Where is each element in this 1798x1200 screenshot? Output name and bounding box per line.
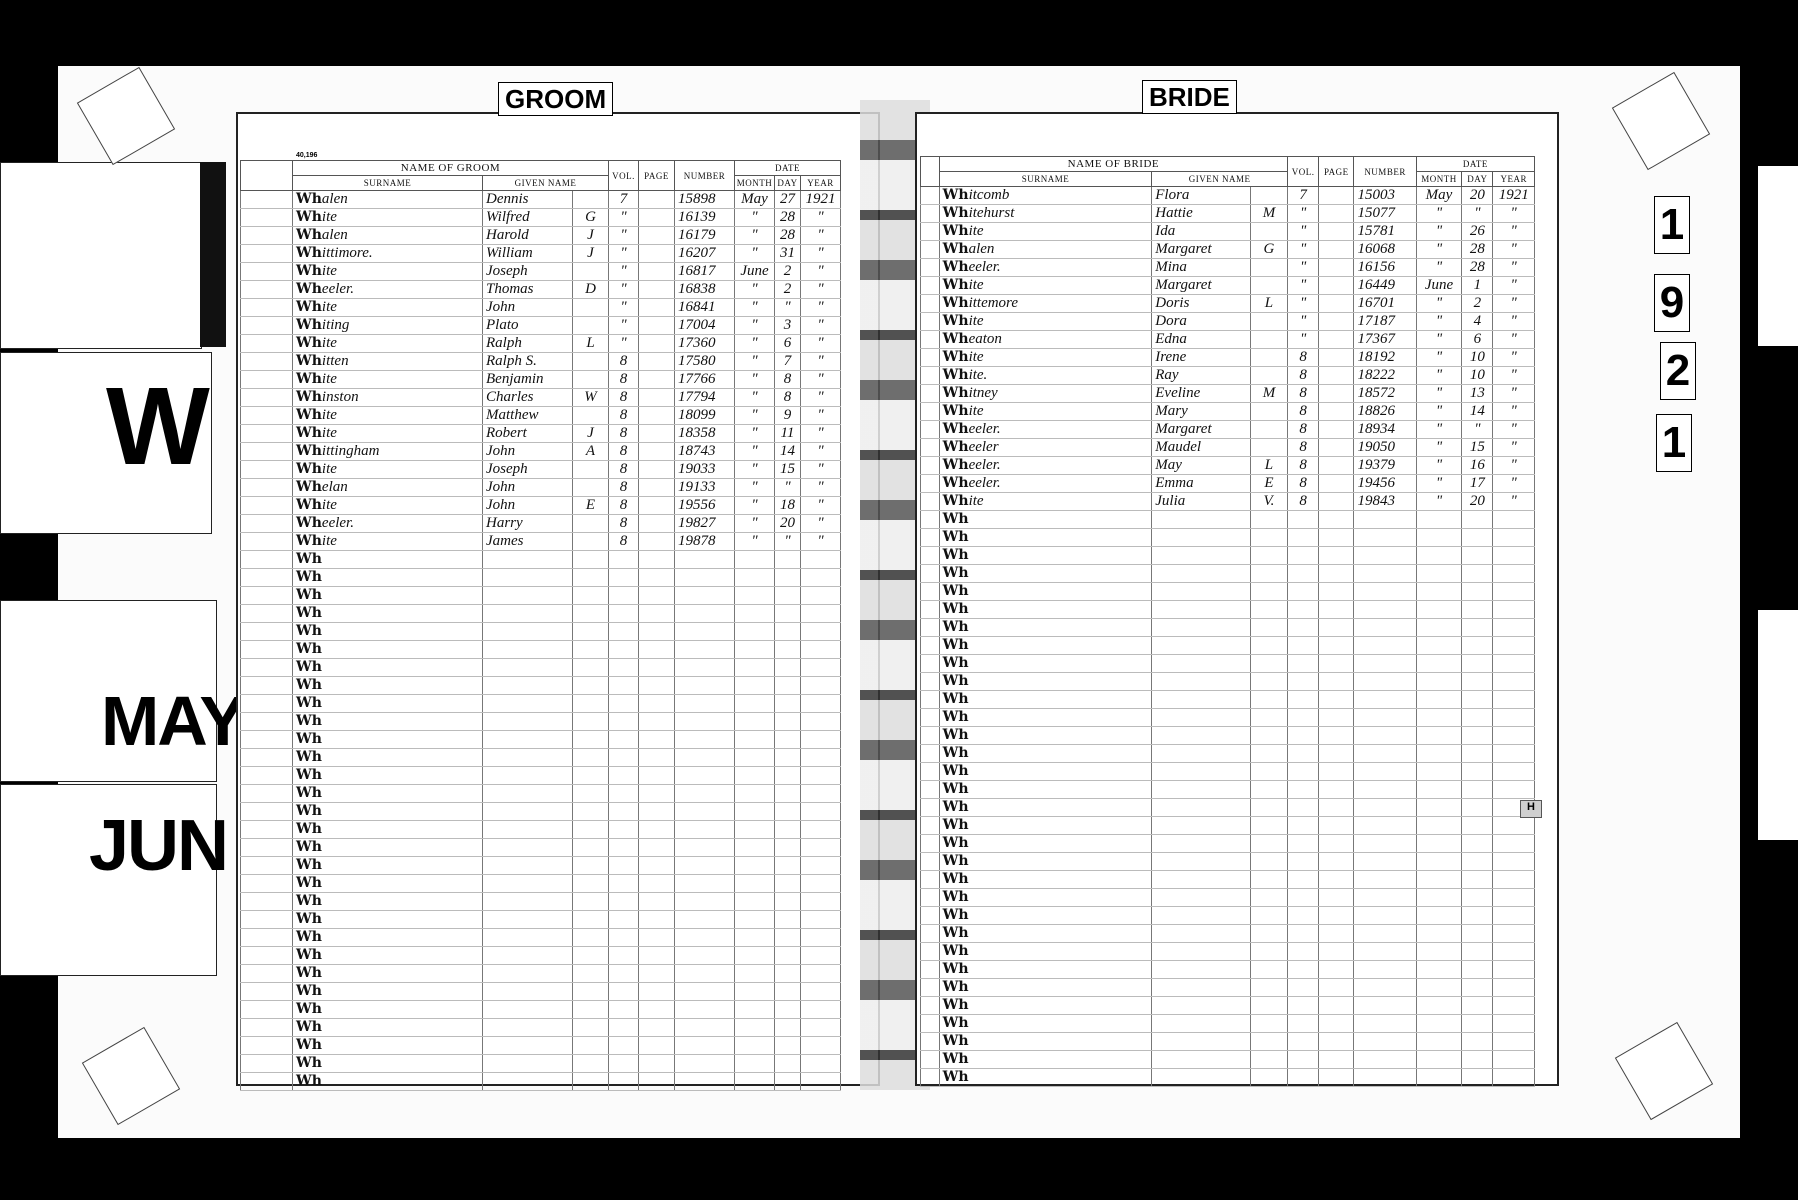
vol-cell: 8 bbox=[609, 461, 639, 479]
page-cell bbox=[639, 695, 675, 713]
year-cell bbox=[1493, 529, 1535, 547]
given-name-cell: William bbox=[483, 245, 573, 263]
year-cell bbox=[801, 875, 841, 893]
given-name-cell bbox=[1152, 781, 1251, 799]
month-cell bbox=[1416, 781, 1462, 799]
surname-cell: Wh bbox=[293, 731, 483, 749]
index-letter-tab[interactable]: W bbox=[0, 352, 212, 534]
vol-cell bbox=[609, 623, 639, 641]
given-name-cell bbox=[483, 785, 573, 803]
vol-cell bbox=[609, 587, 639, 605]
year-digit-4: 1 bbox=[1656, 414, 1692, 472]
table-row: WhiteJohn"16841""" bbox=[241, 299, 841, 317]
month-cell bbox=[1416, 889, 1462, 907]
month-cell bbox=[735, 605, 775, 623]
initial-cell bbox=[573, 695, 609, 713]
margin-cell bbox=[921, 295, 940, 313]
given-name-cell bbox=[483, 929, 573, 947]
number-cell bbox=[675, 659, 735, 677]
surname-cell: Wh bbox=[293, 947, 483, 965]
margin-cell bbox=[241, 1073, 293, 1091]
day-cell bbox=[775, 1055, 801, 1073]
initial-cell bbox=[573, 191, 609, 209]
number-cell bbox=[675, 551, 735, 569]
given-name-cell: Margaret bbox=[1152, 421, 1251, 439]
surname-cell: Wh bbox=[939, 511, 1152, 529]
month-cell bbox=[1416, 1015, 1462, 1033]
surname-suffix: ite bbox=[322, 335, 337, 351]
month-cell bbox=[735, 713, 775, 731]
day-cell bbox=[1462, 961, 1493, 979]
surname-cell: Wh bbox=[939, 655, 1152, 673]
day-cell: " bbox=[1462, 421, 1493, 439]
surname-suffix: itten bbox=[322, 353, 349, 369]
surname-suffix: alen bbox=[969, 241, 995, 257]
month-cell bbox=[1416, 853, 1462, 871]
month-cell bbox=[1416, 583, 1462, 601]
table-row-blank: Wh bbox=[921, 799, 1535, 817]
month-cell: June bbox=[735, 263, 775, 281]
surname-prefix: Wh bbox=[943, 601, 969, 617]
table-row: WhalenHaroldJ"16179"28" bbox=[241, 227, 841, 245]
margin-cell bbox=[241, 281, 293, 299]
initial-cell bbox=[1250, 943, 1287, 961]
initial-cell bbox=[1250, 313, 1287, 331]
vol-cell bbox=[1288, 583, 1319, 601]
surname-suffix: ite bbox=[322, 263, 337, 279]
initial-cell: V. bbox=[1250, 493, 1287, 511]
given-name-cell: Wilfred bbox=[483, 209, 573, 227]
day-cell bbox=[775, 875, 801, 893]
page-cell bbox=[639, 803, 675, 821]
year-cell bbox=[1493, 637, 1535, 655]
page-cell bbox=[639, 479, 675, 497]
surname-cell: Wh bbox=[939, 817, 1152, 835]
table-row-blank: Wh bbox=[921, 835, 1535, 853]
surname-cell: Wheeler. bbox=[293, 281, 483, 299]
day-cell bbox=[775, 803, 801, 821]
day-cell: " bbox=[775, 299, 801, 317]
initial-cell bbox=[1250, 223, 1287, 241]
day-cell: 16 bbox=[1462, 457, 1493, 475]
given-name-cell: Flora bbox=[1152, 187, 1251, 205]
day-cell bbox=[1462, 601, 1493, 619]
surname-cell: Wh bbox=[939, 907, 1152, 925]
page-cell bbox=[639, 335, 675, 353]
surname-cell: Whittemore bbox=[939, 295, 1152, 313]
surname-suffix: ite bbox=[322, 209, 337, 225]
surname-suffix: ite bbox=[969, 493, 984, 509]
initial-cell bbox=[1250, 853, 1287, 871]
surname-suffix: ite bbox=[322, 461, 337, 477]
table-row-blank: Wh bbox=[241, 1055, 841, 1073]
page-cell bbox=[1319, 889, 1354, 907]
given-name-cell bbox=[1152, 727, 1251, 745]
month-cell bbox=[1416, 601, 1462, 619]
month-cell bbox=[1416, 709, 1462, 727]
page-cell bbox=[1319, 421, 1354, 439]
margin-cell bbox=[921, 1069, 940, 1087]
year-cell: " bbox=[1493, 277, 1535, 295]
margin-cell bbox=[241, 1001, 293, 1019]
initial-cell: J bbox=[573, 245, 609, 263]
initial-cell bbox=[573, 875, 609, 893]
margin-cell bbox=[921, 439, 940, 457]
month-cell bbox=[735, 659, 775, 677]
month-tab-jun[interactable]: JUN bbox=[0, 784, 217, 976]
margin-cell bbox=[921, 241, 940, 259]
number-cell bbox=[1354, 943, 1416, 961]
day-cell bbox=[1462, 583, 1493, 601]
surname-prefix: Wh bbox=[943, 421, 969, 437]
number-cell: 19033 bbox=[675, 461, 735, 479]
day-cell bbox=[775, 587, 801, 605]
number-cell bbox=[1354, 871, 1416, 889]
surname-prefix: Wh bbox=[296, 533, 322, 549]
year-cell: " bbox=[801, 533, 841, 551]
vol-cell bbox=[609, 965, 639, 983]
vol-cell bbox=[1288, 673, 1319, 691]
month-cell: May bbox=[1416, 187, 1462, 205]
day-cell bbox=[1462, 565, 1493, 583]
number-cell: 18192 bbox=[1354, 349, 1416, 367]
vol-header: Vol. bbox=[609, 161, 639, 191]
year-cell bbox=[1493, 943, 1535, 961]
table-row-blank: Wh bbox=[241, 947, 841, 965]
year-cell: " bbox=[1493, 475, 1535, 493]
number-cell bbox=[675, 821, 735, 839]
table-row-blank: Wh bbox=[921, 691, 1535, 709]
given-name-cell bbox=[1152, 655, 1251, 673]
vol-cell bbox=[1288, 763, 1319, 781]
initial-cell bbox=[1250, 889, 1287, 907]
given-name-cell bbox=[483, 767, 573, 785]
table-row-blank: Wh bbox=[921, 1015, 1535, 1033]
day-cell bbox=[1462, 943, 1493, 961]
number-cell bbox=[1354, 763, 1416, 781]
day-cell: 1 bbox=[1462, 277, 1493, 295]
table-row-blank: Wh bbox=[241, 785, 841, 803]
margin-cell bbox=[241, 191, 293, 209]
day-cell bbox=[775, 605, 801, 623]
vol-cell bbox=[1288, 907, 1319, 925]
surname-prefix: Wh bbox=[296, 839, 322, 855]
page-cell bbox=[1319, 709, 1354, 727]
day-cell bbox=[1462, 925, 1493, 943]
page-cell bbox=[1319, 601, 1354, 619]
day-cell bbox=[775, 1001, 801, 1019]
vol-cell: " bbox=[609, 335, 639, 353]
year-cell: " bbox=[801, 335, 841, 353]
table-row-blank: Wh bbox=[921, 1069, 1535, 1087]
table-row-blank: Wh bbox=[241, 839, 841, 857]
given-name-cell: Harold bbox=[483, 227, 573, 245]
month-cell bbox=[735, 1037, 775, 1055]
initial-cell bbox=[573, 749, 609, 767]
surname-prefix: Wh bbox=[943, 385, 969, 401]
day-cell bbox=[775, 911, 801, 929]
given-name-cell bbox=[1152, 907, 1251, 925]
surname-cell: Wh bbox=[293, 659, 483, 677]
vol-cell bbox=[609, 605, 639, 623]
given-name-cell bbox=[1152, 835, 1251, 853]
number-cell: 17367 bbox=[1354, 331, 1416, 349]
month-tab-may[interactable]: MAY bbox=[0, 600, 217, 782]
initial-cell bbox=[1250, 961, 1287, 979]
page-cell bbox=[639, 749, 675, 767]
year-cell bbox=[801, 569, 841, 587]
year-cell bbox=[1493, 835, 1535, 853]
day-cell: 20 bbox=[1462, 187, 1493, 205]
page-cell bbox=[1319, 385, 1354, 403]
surname-prefix: Wh bbox=[943, 403, 969, 419]
surname-cell: White bbox=[939, 313, 1152, 331]
margin-cell bbox=[921, 781, 940, 799]
vol-cell: 8 bbox=[609, 479, 639, 497]
table-row-blank: Wh bbox=[921, 781, 1535, 799]
month-cell: " bbox=[735, 227, 775, 245]
initial-cell bbox=[1250, 1051, 1287, 1069]
margin-cell bbox=[921, 403, 940, 421]
page-cell bbox=[639, 263, 675, 281]
month-cell: " bbox=[735, 479, 775, 497]
surname-cell: Wh bbox=[939, 1015, 1152, 1033]
year-cell bbox=[1493, 1051, 1535, 1069]
surname-cell: Wh bbox=[293, 821, 483, 839]
number-cell: 17187 bbox=[1354, 313, 1416, 331]
surname-prefix: Wh bbox=[296, 227, 322, 243]
initial-cell bbox=[1250, 331, 1287, 349]
page-cell bbox=[639, 425, 675, 443]
day-cell: 17 bbox=[1462, 475, 1493, 493]
margin-cell bbox=[241, 965, 293, 983]
vol-cell bbox=[609, 695, 639, 713]
surname-cell: Wh bbox=[293, 911, 483, 929]
vol-cell bbox=[609, 1019, 639, 1037]
surname-prefix: Wh bbox=[943, 889, 969, 905]
initial-cell bbox=[573, 947, 609, 965]
day-cell: 28 bbox=[1462, 259, 1493, 277]
vol-cell bbox=[1288, 1033, 1319, 1051]
table-row: WhiteJoseph"16817June2" bbox=[241, 263, 841, 281]
surname-cell: Wh bbox=[939, 853, 1152, 871]
month-cell: " bbox=[1416, 421, 1462, 439]
year-digit-3: 2 bbox=[1660, 342, 1696, 400]
vol-cell: " bbox=[609, 299, 639, 317]
initial-cell: D bbox=[573, 281, 609, 299]
month-cell: " bbox=[1416, 331, 1462, 349]
initial-cell: A bbox=[573, 443, 609, 461]
given-name-header: Given Name bbox=[483, 176, 609, 191]
month-cell bbox=[1416, 691, 1462, 709]
table-row-blank: Wh bbox=[921, 817, 1535, 835]
initial-cell bbox=[573, 659, 609, 677]
page-cell bbox=[639, 1001, 675, 1019]
table-row: Wheeler.Harry819827"20" bbox=[241, 515, 841, 533]
initial-cell bbox=[573, 605, 609, 623]
vol-cell: 8 bbox=[1288, 403, 1319, 421]
surname-cell: White bbox=[939, 277, 1152, 295]
given-name-cell bbox=[1152, 961, 1251, 979]
surname-prefix: Wh bbox=[943, 367, 969, 383]
number-cell bbox=[1354, 853, 1416, 871]
page-cell bbox=[639, 533, 675, 551]
margin-cell bbox=[921, 943, 940, 961]
initial-cell bbox=[573, 929, 609, 947]
year-cell: " bbox=[801, 479, 841, 497]
right-edge-tab-2 bbox=[1758, 610, 1798, 840]
margin-cell bbox=[241, 443, 293, 461]
day-cell bbox=[1462, 781, 1493, 799]
year-cell bbox=[801, 1073, 841, 1091]
vol-cell: 8 bbox=[1288, 475, 1319, 493]
surname-cell: Wh bbox=[939, 709, 1152, 727]
margin-cell bbox=[241, 767, 293, 785]
page-cell bbox=[639, 605, 675, 623]
day-cell: " bbox=[1462, 205, 1493, 223]
day-cell: 7 bbox=[775, 353, 801, 371]
year-cell bbox=[801, 731, 841, 749]
margin-cell bbox=[241, 209, 293, 227]
surname-prefix: Wh bbox=[943, 205, 969, 221]
table-row-blank: Wh bbox=[921, 979, 1535, 997]
number-cell: 17580 bbox=[675, 353, 735, 371]
surname-prefix: Wh bbox=[296, 659, 322, 675]
page-cell bbox=[639, 569, 675, 587]
vol-cell bbox=[1288, 709, 1319, 727]
page-cell bbox=[1319, 997, 1354, 1015]
surname-prefix: Wh bbox=[296, 1055, 322, 1071]
table-row: Wheeler.ThomasD"16838"2" bbox=[241, 281, 841, 299]
year-cell: " bbox=[1493, 421, 1535, 439]
vol-cell bbox=[1288, 871, 1319, 889]
vol-cell: " bbox=[1288, 223, 1319, 241]
surname-prefix: Wh bbox=[296, 263, 322, 279]
surname-prefix: Wh bbox=[943, 565, 969, 581]
vol-cell: 8 bbox=[609, 371, 639, 389]
day-cell bbox=[1462, 1051, 1493, 1069]
initial-cell bbox=[1250, 691, 1287, 709]
surname-cell: Whitcomb bbox=[939, 187, 1152, 205]
initial-cell bbox=[1250, 439, 1287, 457]
year-cell bbox=[801, 821, 841, 839]
margin-cell bbox=[921, 1051, 940, 1069]
year-cell: " bbox=[1493, 331, 1535, 349]
vol-cell bbox=[609, 713, 639, 731]
table-row: WhiteJames819878""" bbox=[241, 533, 841, 551]
given-name-cell bbox=[483, 713, 573, 731]
surname-prefix: Wh bbox=[296, 965, 322, 981]
month-cell bbox=[735, 839, 775, 857]
surname-prefix: Wh bbox=[296, 569, 322, 585]
year-cell bbox=[801, 911, 841, 929]
year-cell bbox=[1493, 745, 1535, 763]
given-name-cell: John bbox=[483, 443, 573, 461]
day-cell bbox=[775, 1037, 801, 1055]
table-row-blank: Wh bbox=[241, 983, 841, 1001]
table-row: WhiteWilfredG"16139"28" bbox=[241, 209, 841, 227]
vol-cell bbox=[1288, 817, 1319, 835]
year-cell: " bbox=[1493, 223, 1535, 241]
margin-cell bbox=[921, 457, 940, 475]
year-cell: " bbox=[801, 353, 841, 371]
given-name-cell bbox=[483, 875, 573, 893]
page-cell bbox=[1319, 619, 1354, 637]
surname-prefix: Wh bbox=[943, 925, 969, 941]
page-cell bbox=[1319, 565, 1354, 583]
number-cell: 16817 bbox=[675, 263, 735, 281]
initial-cell bbox=[573, 983, 609, 1001]
vol-cell bbox=[609, 677, 639, 695]
number-cell bbox=[1354, 673, 1416, 691]
month-cell bbox=[735, 911, 775, 929]
number-cell: 18743 bbox=[675, 443, 735, 461]
page-cell bbox=[1319, 655, 1354, 673]
surname-cell: Whitehurst bbox=[939, 205, 1152, 223]
surname-suffix: ite bbox=[322, 425, 337, 441]
vol-cell bbox=[1288, 1051, 1319, 1069]
vol-cell bbox=[609, 803, 639, 821]
initial-cell bbox=[573, 677, 609, 695]
vol-cell: " bbox=[609, 227, 639, 245]
surname-cell: Wh bbox=[293, 767, 483, 785]
table-row: WhiteMatthew818099"9" bbox=[241, 407, 841, 425]
day-cell bbox=[775, 839, 801, 857]
surname-prefix: Wh bbox=[296, 389, 322, 405]
day-cell bbox=[775, 947, 801, 965]
surname-cell: Wh bbox=[939, 871, 1152, 889]
vol-cell bbox=[609, 1001, 639, 1019]
surname-cell: White bbox=[293, 533, 483, 551]
day-cell bbox=[775, 929, 801, 947]
given-name-cell bbox=[1152, 565, 1251, 583]
day-cell bbox=[1462, 1015, 1493, 1033]
initial-cell: W bbox=[573, 389, 609, 407]
number-cell bbox=[675, 587, 735, 605]
number-cell bbox=[675, 569, 735, 587]
margin-cell bbox=[241, 587, 293, 605]
year-cell: " bbox=[1493, 403, 1535, 421]
margin-cell bbox=[241, 1037, 293, 1055]
initial-cell bbox=[573, 767, 609, 785]
initial-cell bbox=[573, 533, 609, 551]
page-cell bbox=[639, 821, 675, 839]
page-cell bbox=[639, 1037, 675, 1055]
vol-cell: 8 bbox=[1288, 439, 1319, 457]
initial-cell bbox=[1250, 637, 1287, 655]
number-cell bbox=[1354, 925, 1416, 943]
number-cell bbox=[675, 677, 735, 695]
surname-cell: Wheeler. bbox=[939, 421, 1152, 439]
month-cell bbox=[735, 803, 775, 821]
date-header: Date bbox=[735, 161, 841, 176]
given-name-cell bbox=[483, 677, 573, 695]
year-cell bbox=[801, 983, 841, 1001]
given-name-cell bbox=[1152, 691, 1251, 709]
month-cell bbox=[1416, 673, 1462, 691]
month-cell bbox=[1416, 943, 1462, 961]
month-cell bbox=[735, 551, 775, 569]
table-row-blank: Wh bbox=[921, 889, 1535, 907]
page-cell bbox=[639, 767, 675, 785]
surname-prefix: Wh bbox=[943, 475, 969, 491]
given-name-cell: Dennis bbox=[483, 191, 573, 209]
number-cell: 16701 bbox=[1354, 295, 1416, 313]
page-cell bbox=[639, 587, 675, 605]
surname-cell: Whalen bbox=[939, 241, 1152, 259]
year-cell: " bbox=[801, 209, 841, 227]
month-cell bbox=[735, 875, 775, 893]
